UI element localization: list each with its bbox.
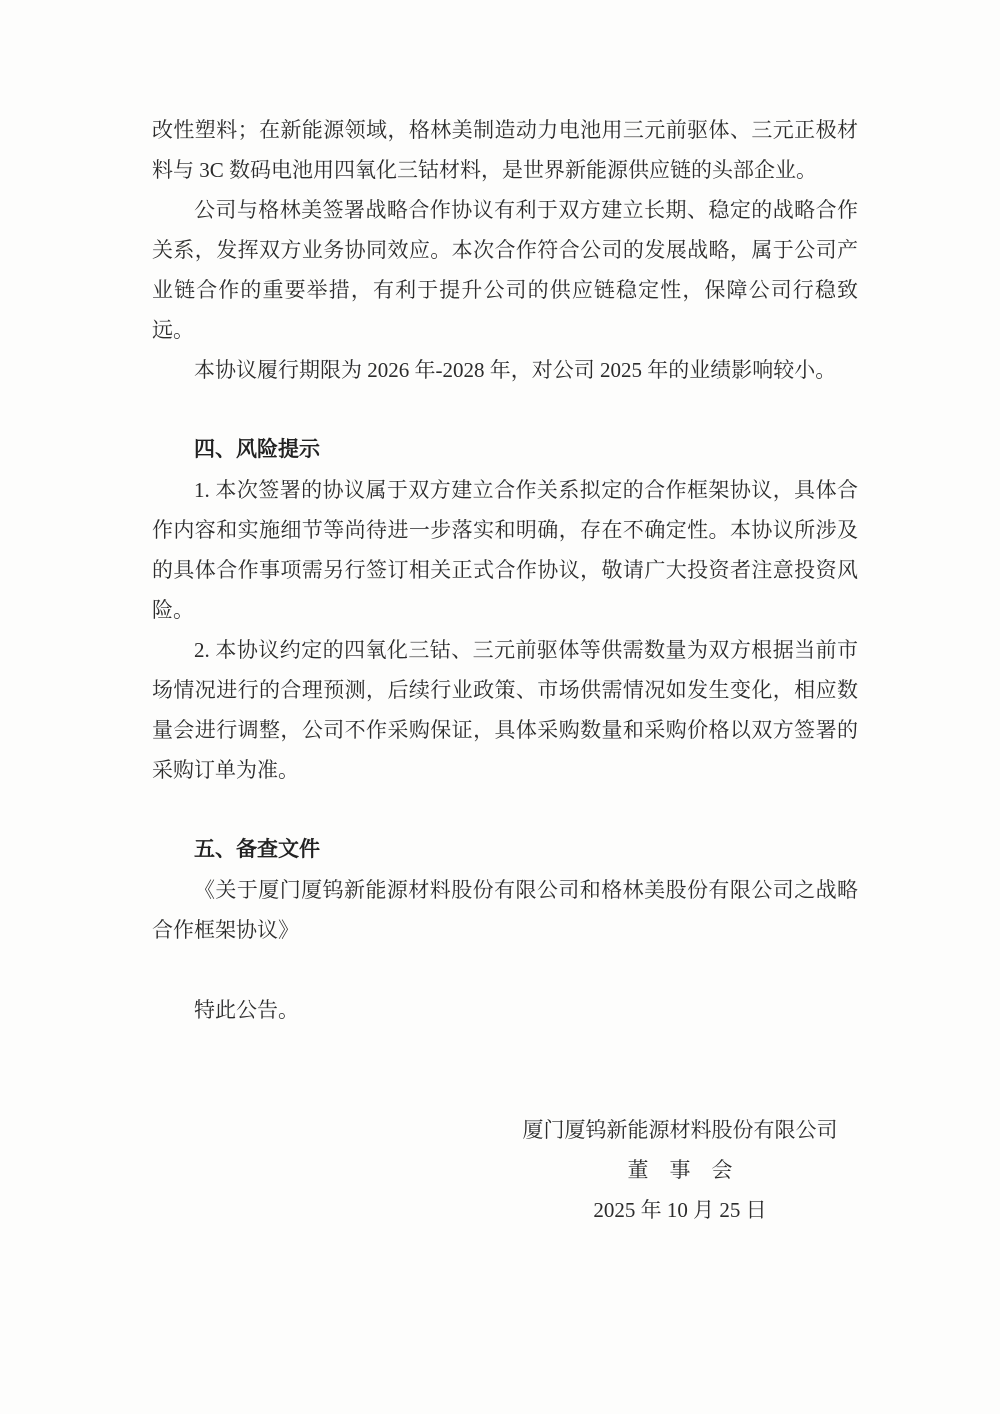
paragraph-cooperation-significance: 公司与格林美签署战略合作协议有利于双方建立长期、稳定的战略合作关系，发挥双方业务…	[152, 190, 858, 350]
paragraph-risk-item-2: 2. 本协议约定的四氧化三钴、三元前驱体等供需数量为双方根据当前市场情况进行的合…	[152, 630, 858, 790]
section-heading-reference-documents: 五、备查文件	[152, 830, 858, 870]
signature-board-of-directors: 董 事 会	[520, 1150, 840, 1190]
paragraph-reference-document-title: 《关于厦门厦钨新能源材料股份有限公司和格林美股份有限公司之战略合作框架协议》	[152, 870, 858, 950]
section-heading-risk-notice: 四、风险提示	[152, 430, 858, 470]
signature-block: 厦门厦钨新能源材料股份有限公司 董 事 会 2025 年 10 月 25 日	[520, 1110, 840, 1230]
signature-date: 2025 年 10 月 25 日	[520, 1190, 840, 1230]
paragraph-closing-announcement: 特此公告。	[152, 990, 858, 1030]
document-body: 改性塑料；在新能源领域，格林美制造动力电池用三元前驱体、三元正极材料与 3C 数…	[152, 110, 858, 1230]
paragraph-agreement-term: 本协议履行期限为 2026 年-2028 年，对公司 2025 年的业绩影响较小…	[152, 350, 858, 390]
paragraph-business-scope-continued: 改性塑料；在新能源领域，格林美制造动力电池用三元前驱体、三元正极材料与 3C 数…	[152, 110, 858, 190]
paragraph-risk-item-1: 1. 本次签署的协议属于双方建立合作关系拟定的合作框架协议，具体合作内容和实施细…	[152, 470, 858, 630]
signature-company-name: 厦门厦钨新能源材料股份有限公司	[520, 1110, 840, 1150]
announcement-page: 改性塑料；在新能源领域，格林美制造动力电池用三元前驱体、三元正极材料与 3C 数…	[0, 0, 1000, 1414]
